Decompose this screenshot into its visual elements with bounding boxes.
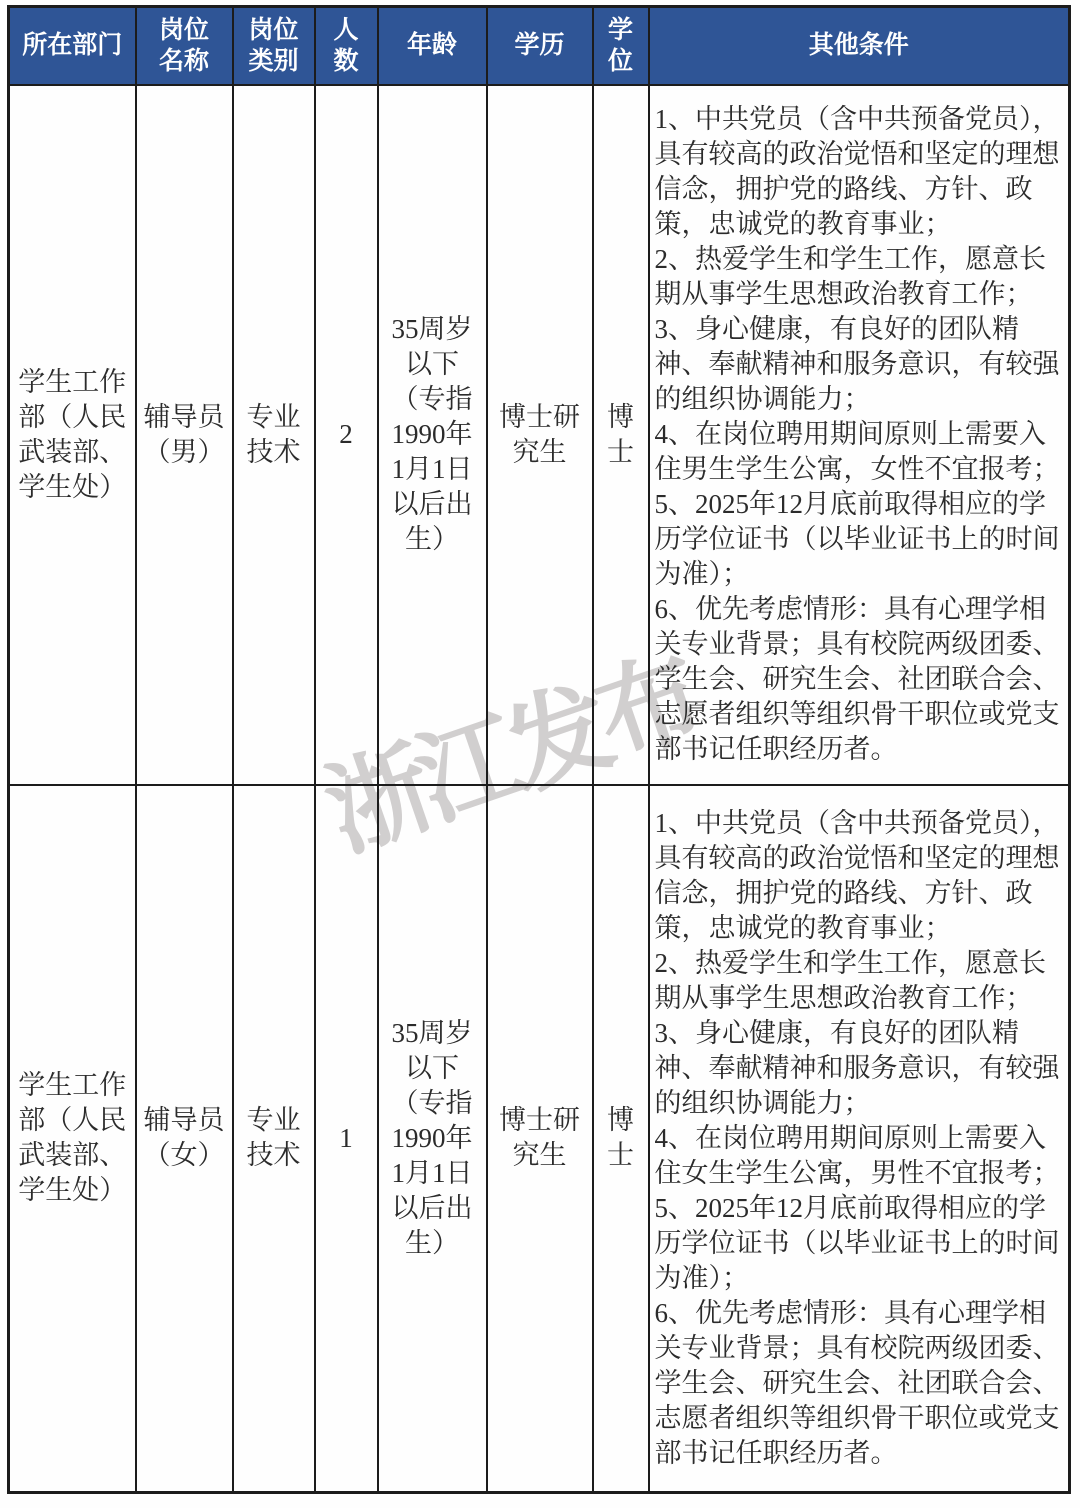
condition-item: 2、热爱学生和学生工作，愿意长期从事学生思想政治教育工作； (655, 242, 1064, 312)
cell-position-name: 辅导员 （男） (136, 85, 233, 785)
cell-position-name: 辅导员 （女） (136, 785, 233, 1493)
header-other-conditions: 其他条件 (649, 7, 1070, 85)
header-degree: 学 位 (593, 7, 649, 85)
recruitment-table: 所在部门 岗位 名称 岗位 类别 人 数 年龄 学历 学 位 其他条件 学生工作… (7, 5, 1071, 1494)
condition-item: 2、热爱学生和学生工作，愿意长期从事学生思想政治教育工作； (655, 946, 1064, 1016)
condition-item: 1、中共党员（含中共预备党员），具有较高的政治觉悟和坚定的理想信念，拥护党的路线… (655, 102, 1064, 242)
header-position-name: 岗位 名称 (136, 7, 233, 85)
cell-age: 35周岁 以下 （专指 1990年 1月1日 以后出 生） (378, 785, 487, 1493)
table-row-counselor-female: 学生工作 部（人民 武装部、 学生处） 辅导员 （女） 专业 技术 1 35周岁… (9, 785, 1070, 1493)
condition-item: 4、在岗位聘用期间原则上需要入住女生学生公寓，男性不宜报考； (655, 1121, 1064, 1191)
header-education: 学历 (487, 7, 593, 85)
cell-degree: 博 士 (593, 85, 649, 785)
cell-other-conditions: 1、中共党员（含中共预备党员），具有较高的政治觉悟和坚定的理想信念，拥护党的路线… (649, 85, 1070, 785)
condition-item: 4、在岗位聘用期间原则上需要入住男生学生公寓，女性不宜报考； (655, 417, 1064, 487)
cell-other-conditions: 1、中共党员（含中共预备党员），具有较高的政治觉悟和坚定的理想信念，拥护党的路线… (649, 785, 1070, 1493)
cell-position-type: 专业 技术 (233, 85, 315, 785)
table-row-counselor-male: 学生工作 部（人民 武装部、 学生处） 辅导员 （男） 专业 技术 2 35周岁… (9, 85, 1070, 785)
cell-department: 学生工作 部（人民 武装部、 学生处） (9, 785, 136, 1493)
cell-education: 博士研 究生 (487, 785, 593, 1493)
condition-item: 6、优先考虑情形：具有心理学相关专业背景；具有校院两级团委、学生会、研究生会、社… (655, 1296, 1064, 1471)
cell-position-type: 专业 技术 (233, 785, 315, 1493)
cell-degree: 博 士 (593, 785, 649, 1493)
cell-headcount: 2 (315, 85, 378, 785)
cell-age: 35周岁 以下 （专指 1990年 1月1日 以后出 生） (378, 85, 487, 785)
header-position-type: 岗位 类别 (233, 7, 315, 85)
condition-item: 3、身心健康，有良好的团队精神、奉献精神和服务意识，有较强的组织协调能力； (655, 1016, 1064, 1121)
condition-item: 3、身心健康，有良好的团队精神、奉献精神和服务意识，有较强的组织协调能力； (655, 312, 1064, 417)
header-age: 年龄 (378, 7, 487, 85)
cell-department: 学生工作 部（人民 武装部、 学生处） (9, 85, 136, 785)
cell-headcount: 1 (315, 785, 378, 1493)
condition-item: 5、2025年12月底前取得相应的学历学位证书（以毕业证书上的时间为准）； (655, 1191, 1064, 1296)
table-header-row: 所在部门 岗位 名称 岗位 类别 人 数 年龄 学历 学 位 其他条件 (9, 7, 1070, 85)
header-department: 所在部门 (9, 7, 136, 85)
cell-education: 博士研 究生 (487, 85, 593, 785)
condition-item: 5、2025年12月底前取得相应的学历学位证书（以毕业证书上的时间为准）； (655, 487, 1064, 592)
condition-item: 1、中共党员（含中共预备党员），具有较高的政治觉悟和坚定的理想信念，拥护党的路线… (655, 806, 1064, 946)
condition-item: 6、优先考虑情形：具有心理学相关专业背景；具有校院两级团委、学生会、研究生会、社… (655, 592, 1064, 767)
page: 浙江发布 所在部门 岗位 名称 岗位 类别 人 数 年龄 学历 学 位 其他条件 (0, 5, 1080, 1508)
header-headcount: 人 数 (315, 7, 378, 85)
